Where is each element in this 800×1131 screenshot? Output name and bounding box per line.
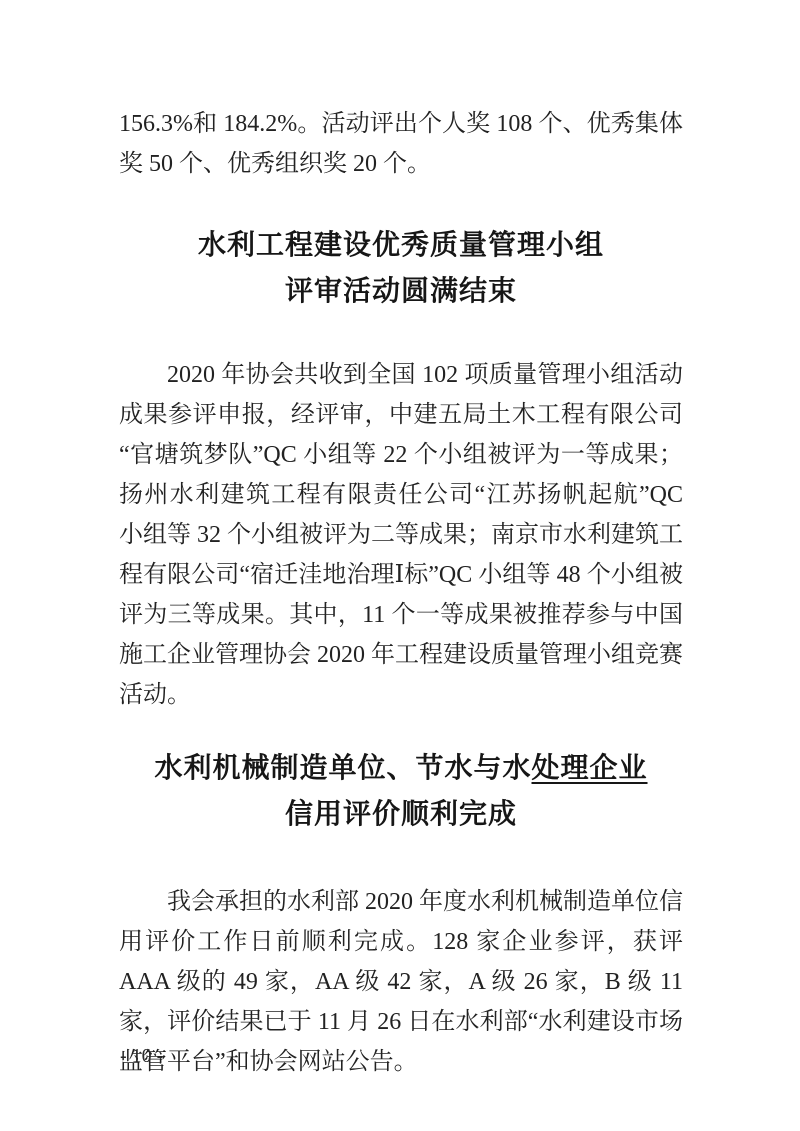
section2-heading-line1-underlined: 处理企业 (532, 752, 648, 783)
section2-heading-line2: 信用评价顺利完成 (119, 791, 683, 837)
section1-paragraph: 2020 年协会共收到全国 102 项质量管理小组活动成果参评申报，经评审，中建… (119, 355, 683, 715)
document-page: 156.3%和 184.2%。活动评出个人奖 108 个、优秀集体奖 50 个、… (0, 0, 800, 1131)
intro-paragraph: 156.3%和 184.2%。活动评出个人奖 108 个、优秀集体奖 50 个、… (119, 104, 683, 184)
page-number: - 10 - (120, 1044, 163, 1068)
section1-heading: 水利工程建设优秀质量管理小组 评审活动圆满结束 (119, 222, 683, 314)
section1-heading-line2: 评审活动圆满结束 (119, 268, 683, 314)
section1-heading-line1: 水利工程建设优秀质量管理小组 (119, 222, 683, 268)
section2-heading-line1: 水利机械制造单位、节水与水处理企业 (119, 745, 683, 791)
section2-heading: 水利机械制造单位、节水与水处理企业 信用评价顺利完成 (119, 745, 683, 837)
section2-heading-line1-prefix: 水利机械制造单位、节水与水 (154, 752, 531, 783)
section2-paragraph: 我会承担的水利部 2020 年度水利机械制造单位信用评价工作日前顺利完成。128… (119, 882, 683, 1082)
